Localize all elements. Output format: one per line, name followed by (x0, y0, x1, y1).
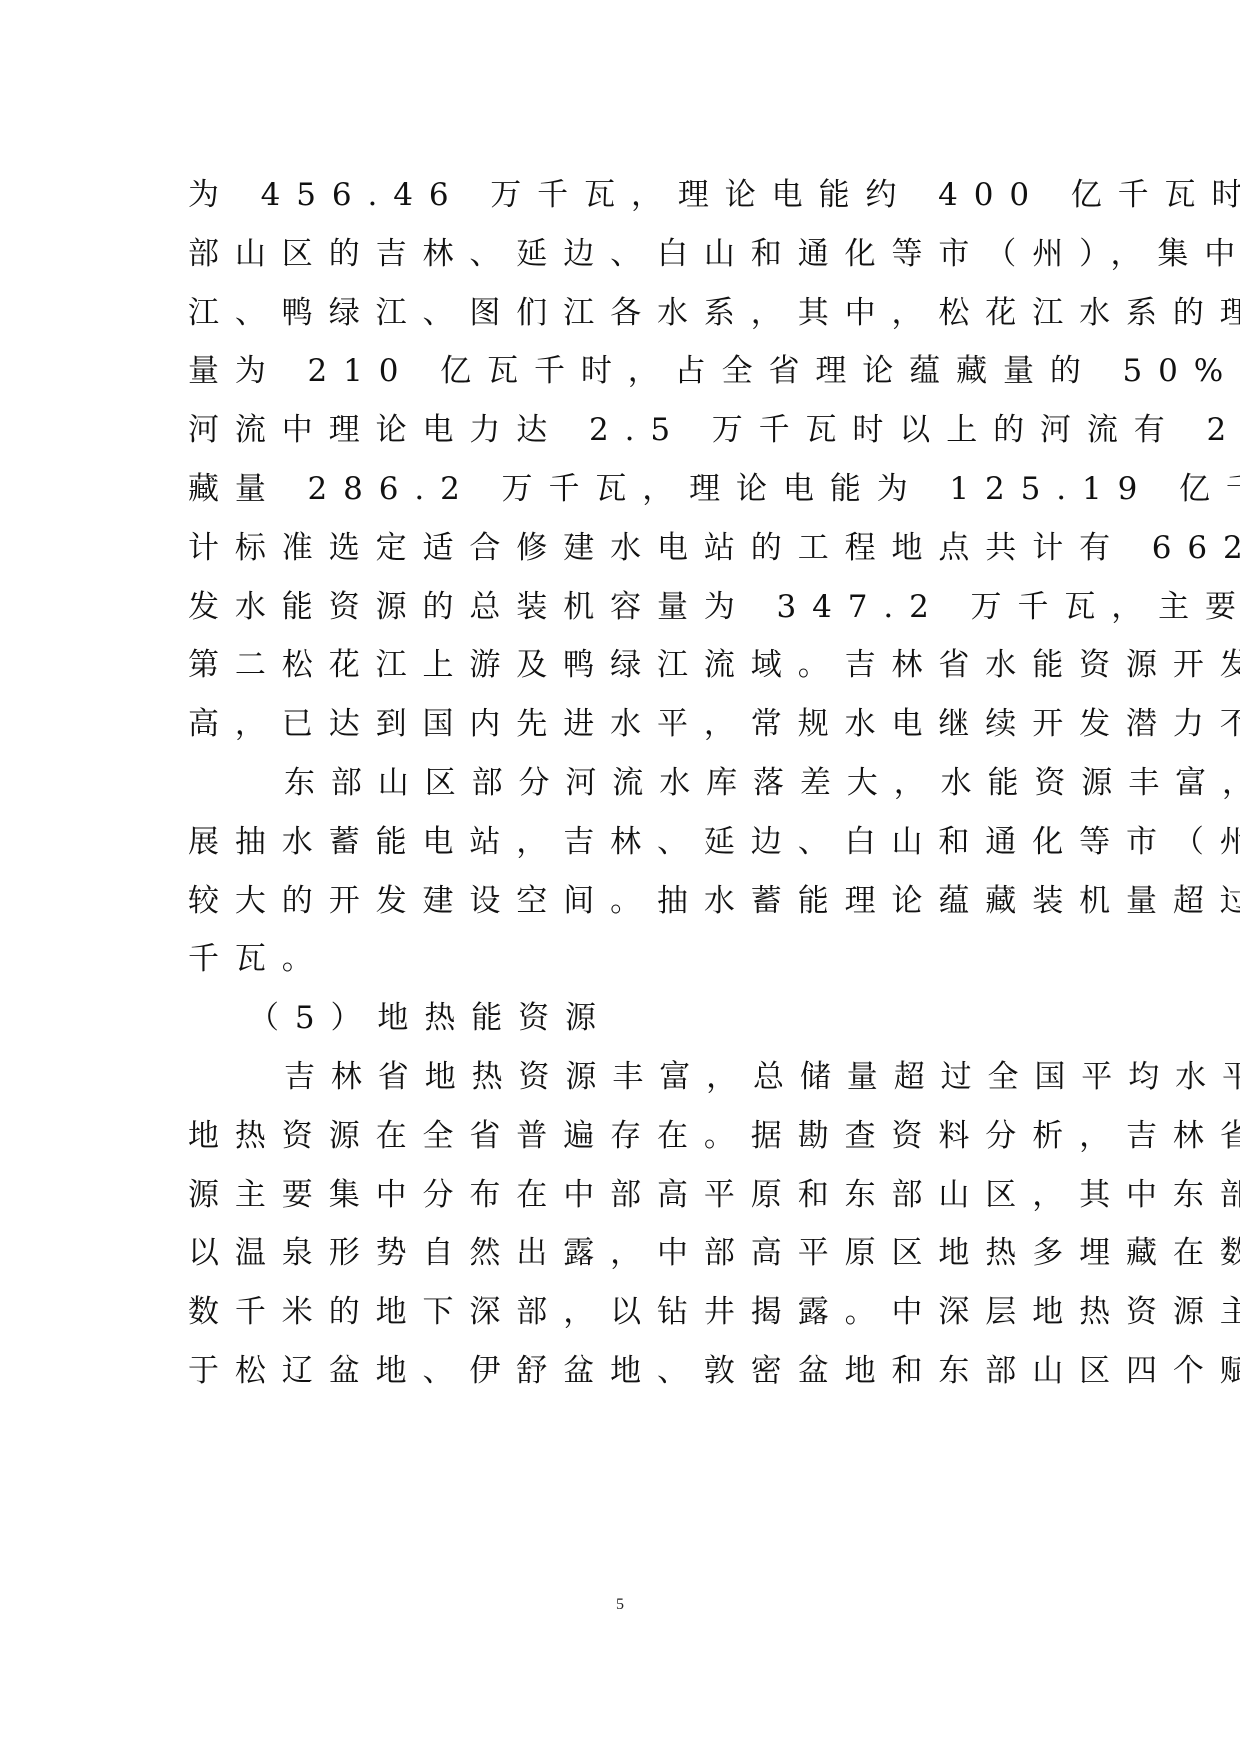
text-line: 藏量 286.2 万千瓦，理论电能为 125.19 亿千瓦时。全省按设 (188, 460, 1052, 519)
text-line: 发水能资源的总装机容量为 347.2 万千瓦，主要分布在东部 (188, 578, 1052, 637)
text-line: 以温泉形势自然出露，中部高平原区地热多埋藏在数百米至 (188, 1224, 1052, 1283)
page-number: 5 (0, 1596, 1240, 1614)
text-line: 量为 210 亿瓦千时，占全省理论蕴藏量的 50%以上。在全省 (188, 342, 1052, 401)
text-line: 数千米的地下深部，以钻井揭露。中深层地热资源主要分布 (188, 1283, 1052, 1342)
document-page: 为 456.46 万千瓦，理论电能约 400 亿千瓦时。主要分布在东 部山区的吉… (0, 0, 1240, 1754)
text-line: 地热资源在全省普遍存在。据勘查资料分析，吉林省地热资 (188, 1107, 1052, 1166)
text-line: 部山区的吉林、延边、白山和通化等市（州），集中在松花 (188, 225, 1052, 284)
text-line: 河流中理论电力达 2.5 万千瓦时以上的河流有 26 条，理论蕴 (188, 401, 1052, 460)
text-line: 千瓦。 (188, 930, 1052, 989)
text-line: 东部山区部分河流水库落差大，水能资源丰富，适宜发 (188, 754, 1052, 813)
section-heading: （5）地热能资源 (188, 989, 1052, 1048)
text-line: 源主要集中分布在中部高平原和东部山区，其中东部山区多 (188, 1166, 1052, 1225)
section-heading-geothermal: （5）地热能资源 (188, 989, 1052, 1048)
text-line: 较大的开发建设空间。抽水蓄能理论蕴藏装机量超过 3000 万 (188, 872, 1052, 931)
text-line: 计标准选定适合修建水电站的工程地点共计有 662 处，已开 (188, 519, 1052, 578)
text-line: 于松辽盆地、伊舒盆地、敦密盆地和东部山区四个赋存区， (188, 1342, 1052, 1401)
text-line: 高，已达到国内先进水平，常规水电继续开发潜力不大。 (188, 695, 1052, 754)
body-text: 为 456.46 万千瓦，理论电能约 400 亿千瓦时。主要分布在东 部山区的吉… (188, 166, 1052, 1401)
text-line: 吉林省地热资源丰富，总储量超过全国平均水平。浅层 (188, 1048, 1052, 1107)
paragraph-pumped-storage: 东部山区部分河流水库落差大，水能资源丰富，适宜发 展抽水蓄能电站，吉林、延边、白… (188, 754, 1052, 989)
paragraph-hydro-resources: 为 456.46 万千瓦，理论电能约 400 亿千瓦时。主要分布在东 部山区的吉… (188, 166, 1052, 754)
text-line: 第二松花江上游及鸭绿江流域。吉林省水能资源开发程度很 (188, 636, 1052, 695)
text-line: 展抽水蓄能电站，吉林、延边、白山和通化等市（州）具备 (188, 813, 1052, 872)
text-line: 江、鸭绿江、图们江各水系，其中，松花江水系的理论蕴藏 (188, 284, 1052, 343)
paragraph-geothermal: 吉林省地热资源丰富，总储量超过全国平均水平。浅层 地热资源在全省普遍存在。据勘查… (188, 1048, 1052, 1401)
text-line: 为 456.46 万千瓦，理论电能约 400 亿千瓦时。主要分布在东 (188, 166, 1052, 225)
